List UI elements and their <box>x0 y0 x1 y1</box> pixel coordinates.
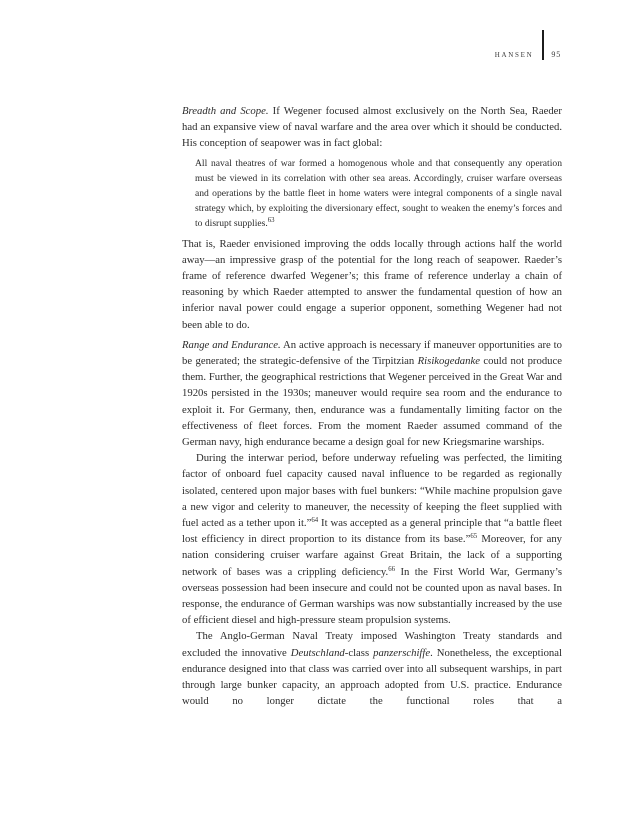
text-run: Breadth and Scope. <box>182 105 269 117</box>
page-number: 95 <box>551 50 561 60</box>
text-run: All naval theatres of war formed a homog… <box>195 158 562 229</box>
text-run: Range and Endurance. <box>182 339 281 351</box>
text-run: -class <box>345 647 373 659</box>
paragraph: During the interwar period, before under… <box>182 450 562 628</box>
text-run: Deutschland <box>291 647 345 659</box>
running-header: HANSEN 95 <box>495 30 561 60</box>
running-header-author: HANSEN <box>495 51 534 60</box>
paragraph: Breadth and Scope. If Wegener focused al… <box>182 103 562 152</box>
footnote-reference: 66 <box>388 566 395 573</box>
paragraph: The Anglo-German Naval Treaty imposed Wa… <box>182 628 562 709</box>
text-block: Breadth and Scope. If Wegener focused al… <box>182 103 562 710</box>
book-page: HANSEN 95 Breadth and Scope. If Wegener … <box>0 0 638 826</box>
block-quote: All naval theatres of war formed a homog… <box>195 156 562 231</box>
text-run: That is, Raeder envisioned improving the… <box>182 238 562 331</box>
text-run: could not produce them. Further, the geo… <box>182 355 562 448</box>
footnote-reference: 63 <box>268 217 275 224</box>
header-rule <box>542 30 544 60</box>
paragraph: That is, Raeder envisioned improving the… <box>182 236 562 333</box>
text-run: panzerschiffe <box>373 647 430 659</box>
text-run: Risikogedanke <box>418 355 480 367</box>
paragraph: Range and Endurance. An active approach … <box>182 337 562 450</box>
